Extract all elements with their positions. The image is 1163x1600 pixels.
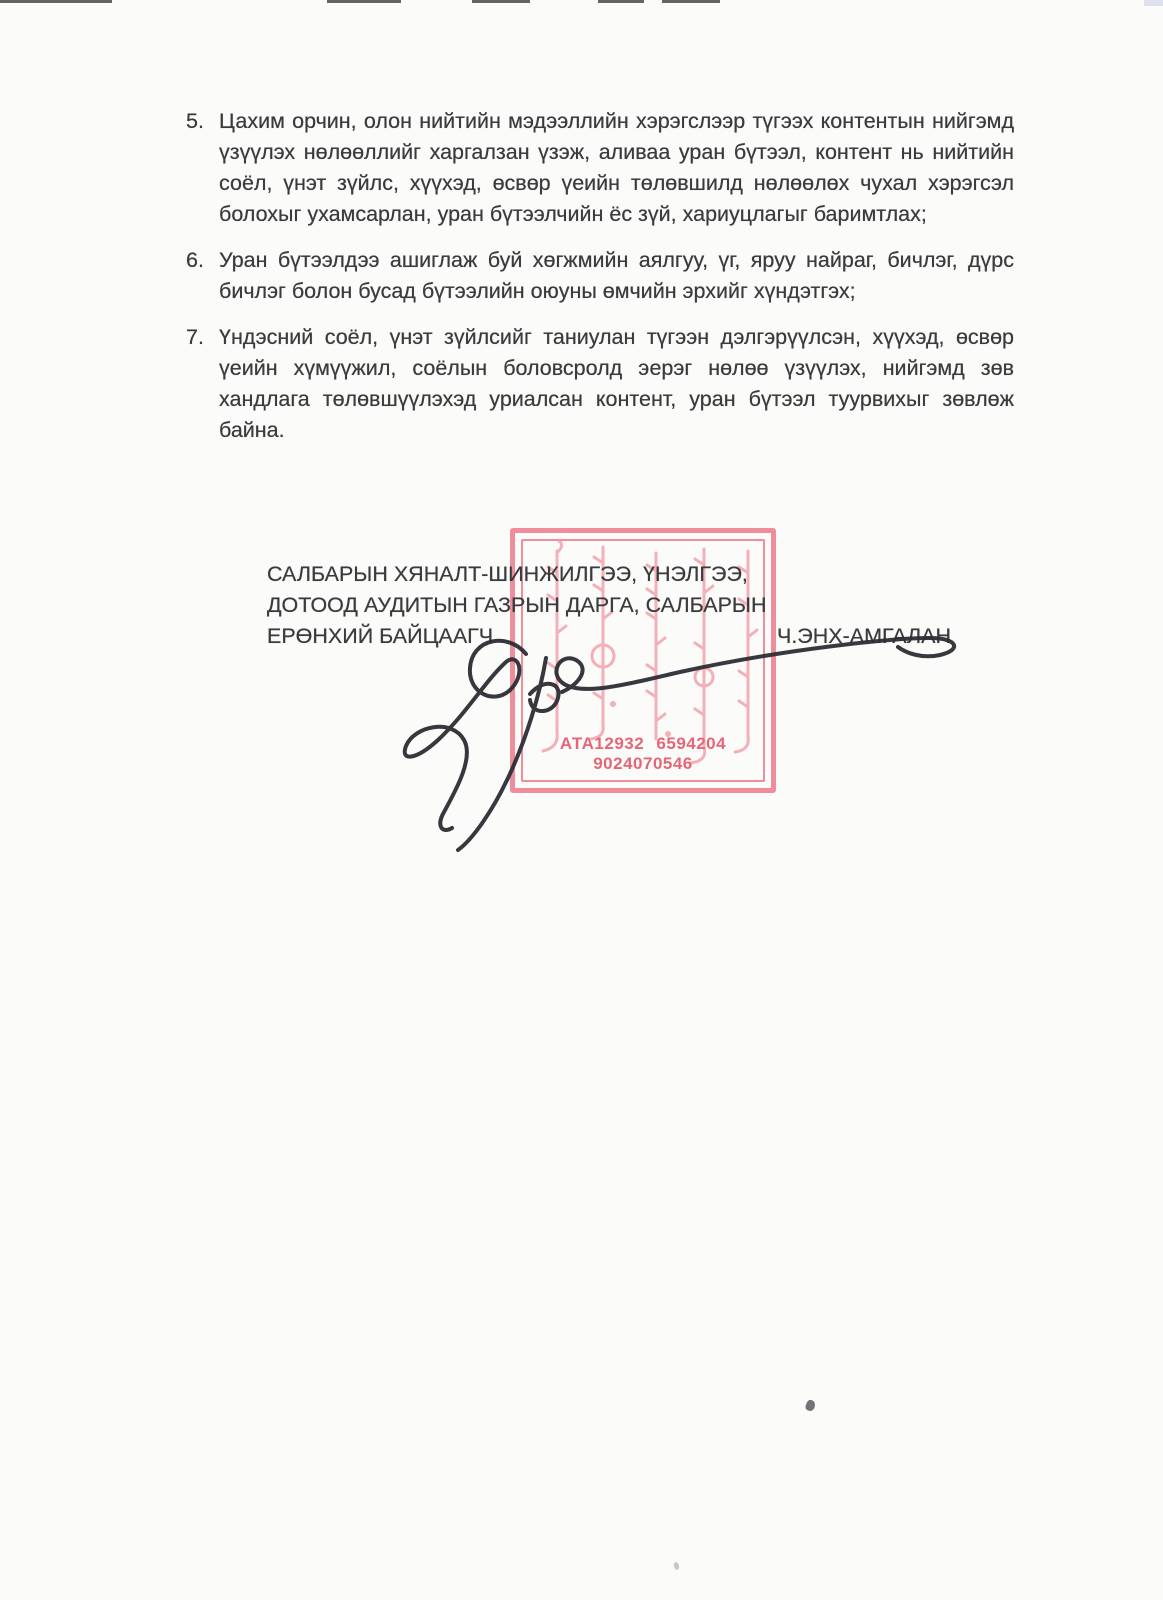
paragraph-6: 6. Уран бүтээлдээ ашиглаж буй хөгжмийн а… (186, 245, 1014, 307)
paragraph-text: Цахим орчин, олон нийтийн мэдээллийн хэр… (219, 106, 1014, 230)
scan-edge-artifact (472, 0, 530, 3)
signature-title-line-1: САЛБАРЫН ХЯНАЛТ-ШИНЖИЛГЭЭ, ҮНЭЛГЭЭ, (267, 559, 967, 590)
scan-edge-artifact (327, 0, 401, 3)
handwritten-signature (360, 598, 980, 868)
paragraph-text: Үндэсний соёл, үнэт зүйлсийг таниулан тү… (219, 322, 1014, 446)
ink-speck (804, 1399, 816, 1412)
paragraph-text: Уран бүтээлдээ ашиглаж буй хөгжмийн аялг… (219, 245, 1014, 307)
paragraph-number: 7. (186, 322, 219, 446)
paragraph-7: 7. Үндэсний соёл, үнэт зүйлсийг таниулан… (186, 322, 1014, 446)
numbered-paragraph-list: 5. Цахим орчин, олон нийтийн мэдээллийн … (186, 106, 1014, 461)
ink-speck (673, 1561, 680, 1570)
scan-corner-artifact (1144, 0, 1163, 6)
scanned-document-page: 5. Цахим орчин, олон нийтийн мэдээллийн … (0, 0, 1163, 1600)
paragraph-5: 5. Цахим орчин, олон нийтийн мэдээллийн … (186, 106, 1014, 230)
paragraph-number: 6. (186, 245, 219, 307)
scan-edge-artifact (0, 0, 112, 3)
scan-edge-artifact (598, 0, 644, 3)
paragraph-number: 5. (186, 106, 219, 230)
scan-edge-artifact (662, 0, 720, 3)
